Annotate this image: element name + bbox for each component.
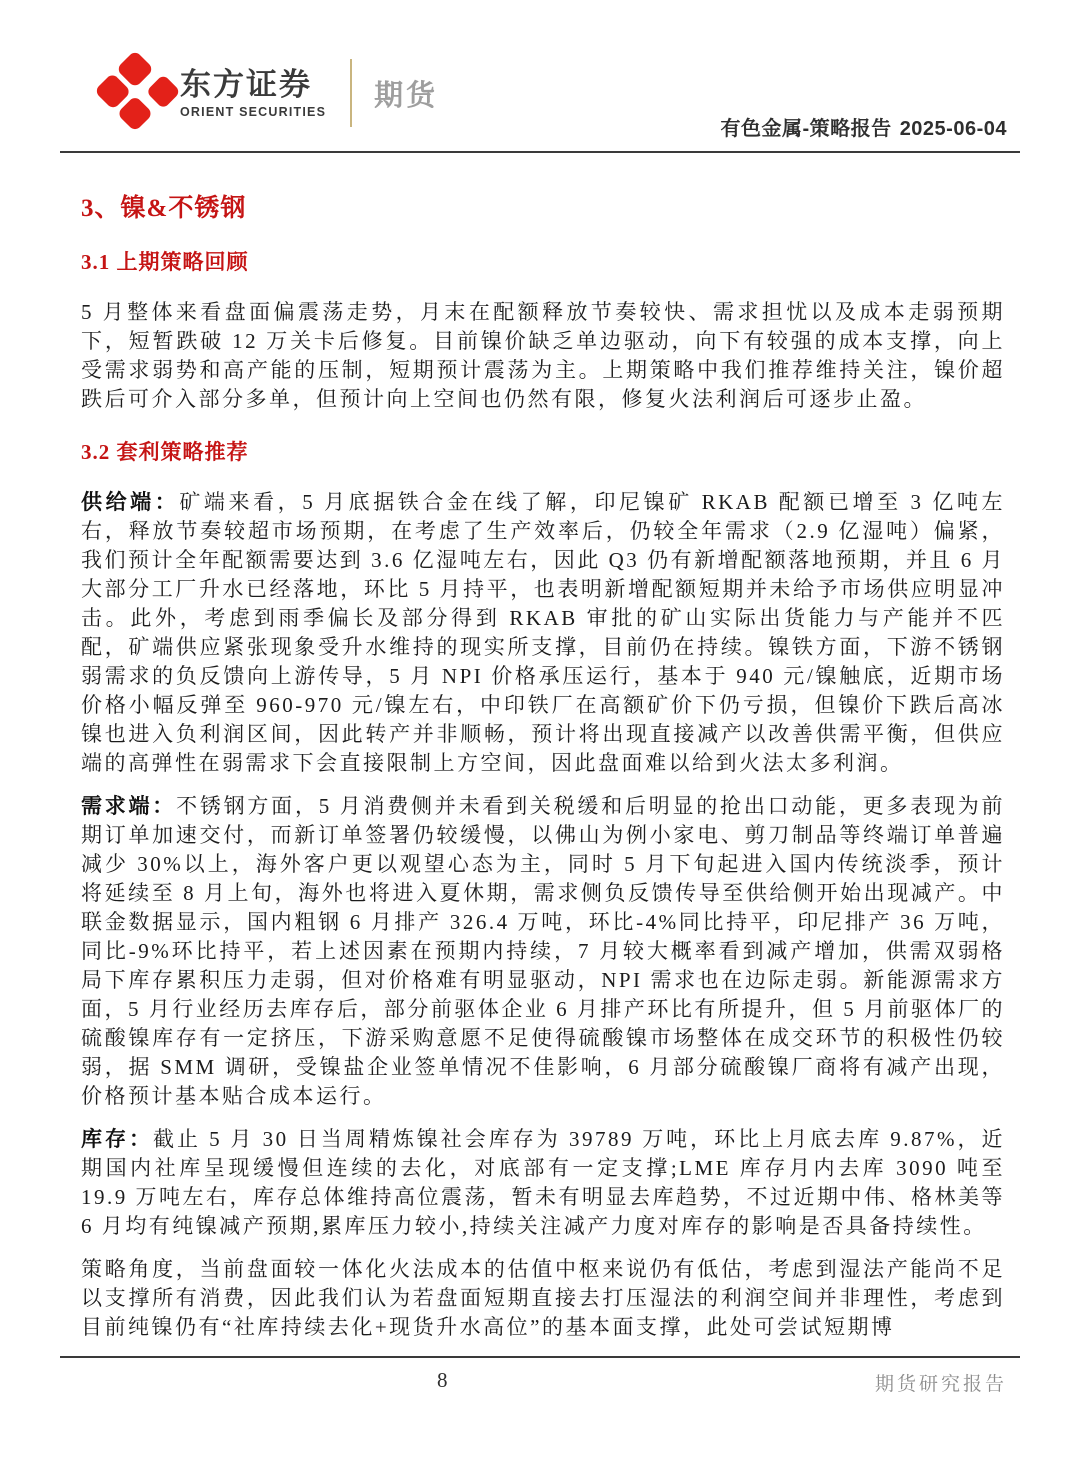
report-category: 有色金属-策略报告 — [721, 118, 892, 140]
section-title: 3、镍&不锈钢 — [81, 194, 1005, 224]
paragraph-strategy-view: 策略角度，当前盘面较一体化火法成本的估值中枢来说仍有低估，考虑到湿法产能尚不足以… — [81, 1255, 1005, 1342]
inventory-text: 截止 5 月 30 日当周精炼镍社会库存为 39789 万吨，环比上月底去库 9… — [81, 1127, 1005, 1238]
demand-label: 需求端： — [81, 794, 176, 818]
orient-securities-logo-icon — [94, 50, 176, 132]
paragraph-inventory: 库存：截止 5 月 30 日当周精炼镍社会库存为 39789 万吨，环比上月底去… — [81, 1125, 1005, 1241]
brand-name-en: ORIENT SECURITIES — [180, 105, 326, 119]
footer-rule — [60, 1356, 1020, 1358]
brand-divider — [350, 59, 352, 127]
brand: 东方证券 ORIENT SECURITIES 期货 — [100, 58, 438, 128]
logo-diamond — [146, 74, 180, 108]
report-type-label: 期货研究报告 — [875, 1369, 1007, 1396]
supply-label: 供给端： — [81, 490, 179, 514]
brand-name-cn: 东方证券 — [180, 68, 326, 102]
inventory-label: 库存： — [81, 1127, 153, 1151]
report-page: 东方证券 ORIENT SECURITIES 期货 有色金属-策略报告2025-… — [0, 0, 1080, 1466]
report-meta: 有色金属-策略报告2025-06-04 — [721, 112, 1007, 141]
report-date: 2025-06-04 — [900, 118, 1007, 140]
demand-text: 不锈钢方面，5 月消费侧并未看到关税缓和后明显的抢出口动能，更多表现为前期订单加… — [81, 794, 1005, 1108]
report-body: 3、镍&不锈钢 3.1 上期策略回顾 5 月整体来看盘面偏震荡走势，月末在配额释… — [81, 152, 1005, 1356]
business-unit-label: 期货 — [374, 73, 438, 114]
page-number: 8 — [437, 1368, 448, 1393]
paragraph-supply: 供给端：矿端来看，5 月底据铁合金在线了解，印尼镍矿 RKAB 配额已增至 3 … — [81, 488, 1005, 778]
supply-text: 矿端来看，5 月底据铁合金在线了解，印尼镍矿 RKAB 配额已增至 3 亿吨左右… — [81, 490, 1005, 775]
brand-name: 东方证券 ORIENT SECURITIES — [180, 68, 326, 119]
paragraph-review: 5 月整体来看盘面偏震荡走势，月末在配额释放节奏较快、需求担忧以及成本走弱预期下… — [81, 298, 1005, 414]
subsection-title-strategy: 3.2 套利策略推荐 — [81, 440, 1005, 464]
paragraph-demand: 需求端：不锈钢方面，5 月消费侧并未看到关税缓和后明显的抢出口动能，更多表现为前… — [81, 792, 1005, 1111]
subsection-title-review: 3.1 上期策略回顾 — [81, 250, 1005, 274]
